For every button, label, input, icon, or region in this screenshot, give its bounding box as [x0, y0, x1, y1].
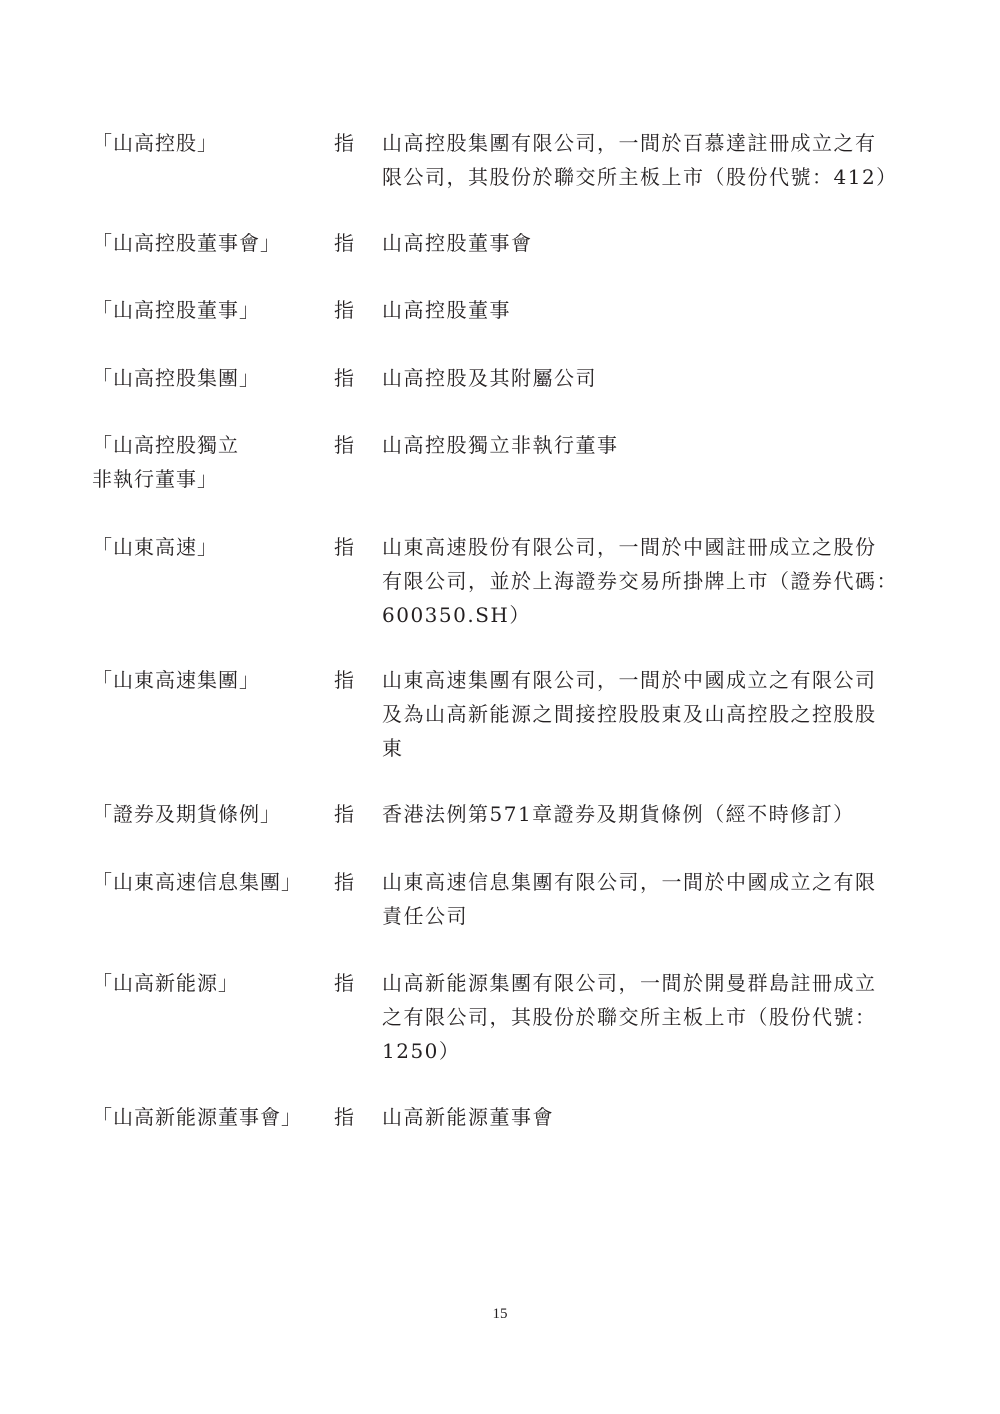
definition-line: 之有限公司，其股份於聯交所主板上市（股份代號：	[382, 1000, 907, 1034]
definition-term: 「證券及期貨條例」	[92, 797, 322, 831]
definition-line: 山高控股董事會	[382, 226, 907, 260]
definition-line: 600350.SH）	[382, 598, 907, 632]
means-label: 指	[334, 361, 354, 395]
definition-line: 山高控股集團有限公司，一間於百慕達註冊成立之有	[382, 126, 907, 160]
means-label: 指	[334, 428, 354, 462]
means-label: 指	[334, 293, 354, 327]
means-label: 指	[334, 797, 354, 831]
definition-line: 有限公司，並於上海證券交易所掛牌上市（證券代碼：	[382, 564, 907, 598]
means-label: 指	[334, 865, 354, 899]
definition-term: 「山高新能源董事會」	[92, 1100, 322, 1134]
definition-line: 責任公司	[382, 899, 907, 933]
definition-text: 山高控股獨立非執行董事	[382, 428, 907, 462]
definition-line: 山東高速股份有限公司，一間於中國註冊成立之股份	[382, 530, 907, 564]
definition-term: 「山東高速集團」	[92, 663, 322, 697]
definition-text: 山東高速信息集團有限公司，一間於中國成立之有限責任公司	[382, 865, 907, 933]
definition-line: 山東高速集團有限公司，一間於中國成立之有限公司	[382, 663, 907, 697]
means-label: 指	[334, 966, 354, 1000]
definition-text: 山東高速集團有限公司，一間於中國成立之有限公司及為山高新能源之間接控股股東及山高…	[382, 663, 907, 765]
definition-line: 山東高速信息集團有限公司，一間於中國成立之有限	[382, 865, 907, 899]
definition-line: 及為山高新能源之間接控股股東及山高控股之控股股	[382, 697, 907, 731]
definition-line: 山高控股及其附屬公司	[382, 361, 907, 395]
definition-line: 1250）	[382, 1034, 907, 1068]
definition-line: 山高新能源董事會	[382, 1100, 907, 1134]
definition-term: 「山高控股董事」	[92, 293, 322, 327]
page-number: 15	[0, 1306, 1000, 1323]
definition-line: 山高控股董事	[382, 293, 907, 327]
definition-text: 山高新能源董事會	[382, 1100, 907, 1134]
definition-term: 「山高控股集團」	[92, 361, 322, 395]
definition-text: 山高控股董事	[382, 293, 907, 327]
definition-text: 山高控股集團有限公司，一間於百慕達註冊成立之有限公司，其股份於聯交所主板上市（股…	[382, 126, 907, 194]
definition-line: 山高新能源集團有限公司，一間於開曼群島註冊成立	[382, 966, 907, 1000]
definition-line: 香港法例第571章證券及期貨條例（經不時修訂）	[382, 797, 907, 831]
definition-text: 山高控股及其附屬公司	[382, 361, 907, 395]
means-label: 指	[334, 226, 354, 260]
definition-term: 「山高控股獨立 非執行董事」	[92, 428, 322, 496]
definition-term: 「山東高速」	[92, 530, 322, 564]
means-label: 指	[334, 530, 354, 564]
means-label: 指	[334, 126, 354, 160]
means-label: 指	[334, 1100, 354, 1134]
definition-text: 香港法例第571章證券及期貨條例（經不時修訂）	[382, 797, 907, 831]
definition-term: 「山東高速信息集團」	[92, 865, 322, 899]
definition-term: 「山高控股」	[92, 126, 322, 160]
definition-text: 山東高速股份有限公司，一間於中國註冊成立之股份有限公司，並於上海證券交易所掛牌上…	[382, 530, 907, 632]
definition-text: 山高新能源集團有限公司，一間於開曼群島註冊成立之有限公司，其股份於聯交所主板上市…	[382, 966, 907, 1068]
definition-line: 山高控股獨立非執行董事	[382, 428, 907, 462]
definition-line: 東	[382, 731, 907, 765]
means-label: 指	[334, 663, 354, 697]
definition-term: 「山高控股董事會」	[92, 226, 322, 260]
definition-term: 「山高新能源」	[92, 966, 322, 1000]
definition-line: 限公司，其股份於聯交所主板上市（股份代號：412）	[382, 160, 907, 194]
definition-text: 山高控股董事會	[382, 226, 907, 260]
